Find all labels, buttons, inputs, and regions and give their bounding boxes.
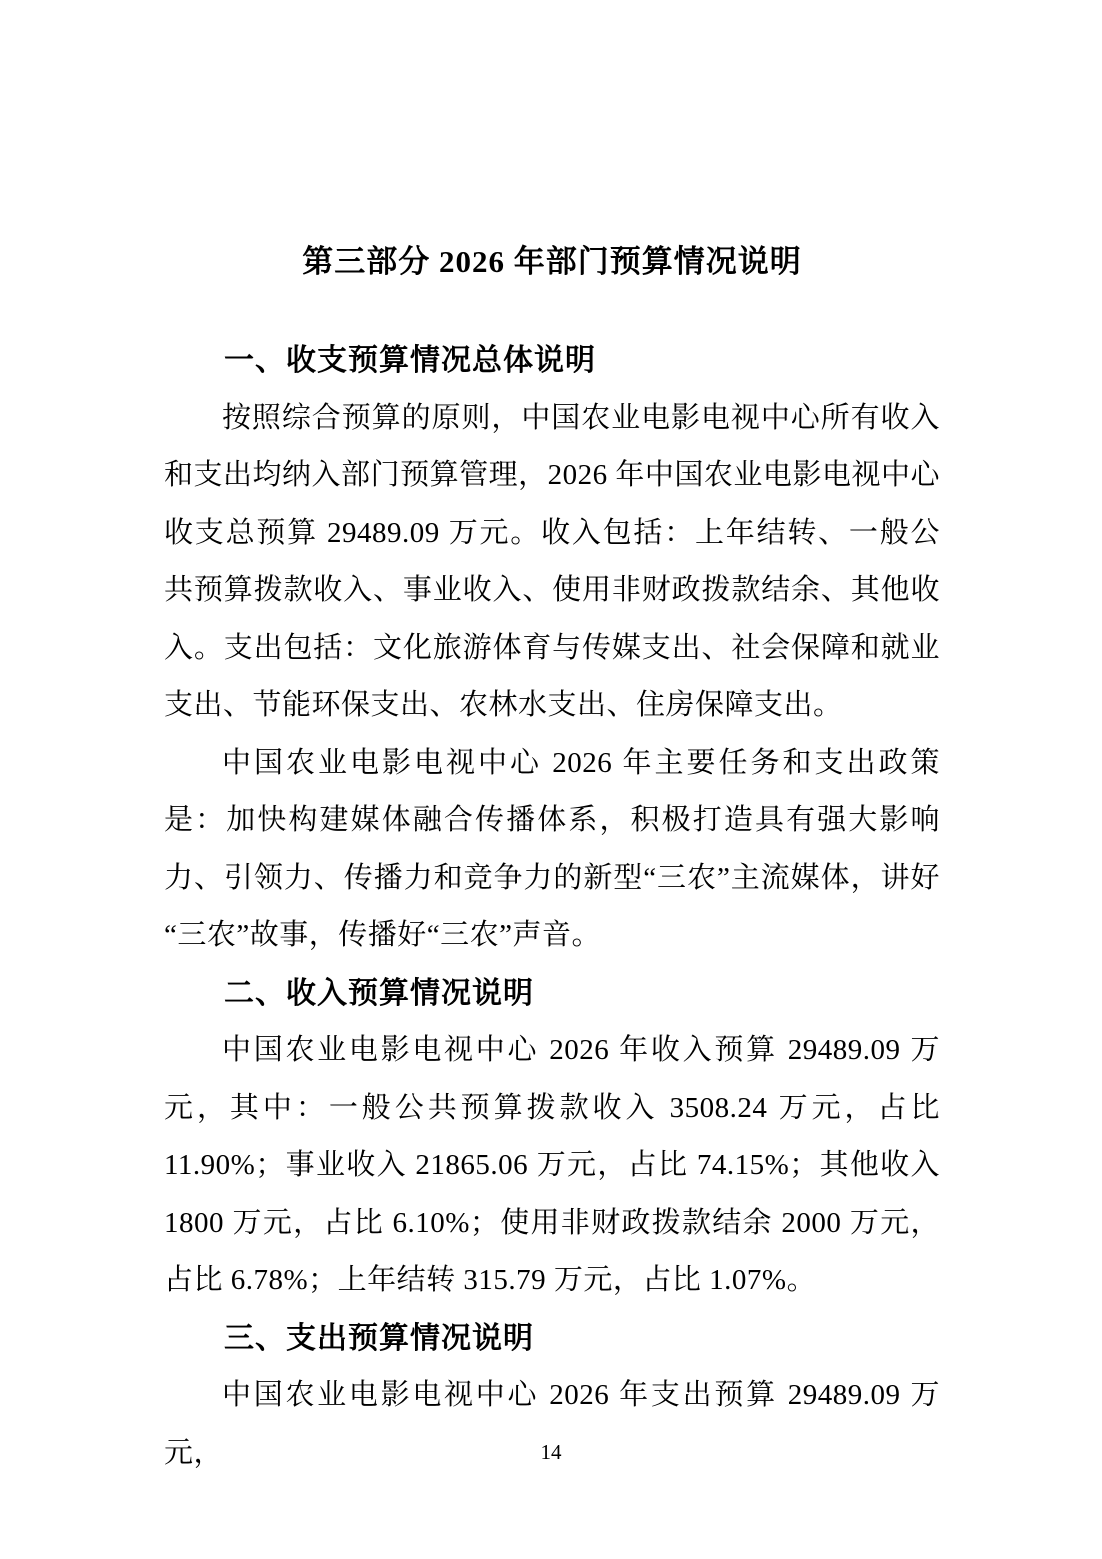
section-heading-revenue-budget: 二、收入预算情况说明: [164, 965, 940, 1023]
section-overall-budget: 一、收支预算情况总体说明 按照综合预算的原则，中国农业电影电视中心所有收入和支出…: [164, 332, 940, 965]
paragraph-overall-budget-scope: 按照综合预算的原则，中国农业电影电视中心所有收入和支出均纳入部门预算管理，202…: [164, 390, 940, 735]
document-title: 第三部分 2026 年部门预算情况说明: [164, 0, 940, 286]
paragraph-revenue-breakdown: 中国农业电影电视中心 2026 年收入预算 29489.09 万元，其中：一般公…: [164, 1022, 940, 1310]
section-heading-overall-budget: 一、收支预算情况总体说明: [164, 332, 940, 390]
section-heading-expenditure-budget: 三、支出预算情况说明: [164, 1310, 940, 1368]
section-revenue-budget: 二、收入预算情况说明 中国农业电影电视中心 2026 年收入预算 29489.0…: [164, 965, 940, 1310]
page-number-label: 14: [0, 1439, 1102, 1465]
document-content: 第三部分 2026 年部门预算情况说明 一、收支预算情况总体说明 按照综合预算的…: [164, 0, 940, 1482]
paragraph-main-tasks-policy: 中国农业电影电视中心 2026 年主要任务和支出政策是：加快构建媒体融合传播体系…: [164, 735, 940, 965]
document-page: 第三部分 2026 年部门预算情况说明 一、收支预算情况总体说明 按照综合预算的…: [0, 0, 1102, 1559]
